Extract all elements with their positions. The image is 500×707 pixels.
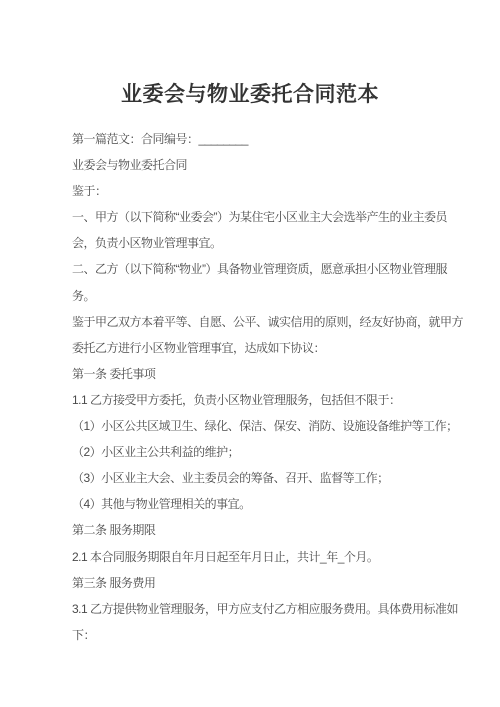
document-line-principles-2: 委托乙方进行小区物业管理事宜，达成如下协议： xyxy=(72,335,442,361)
document-line-party-a-2: 会，负责小区物业管理事宜。 xyxy=(72,230,442,256)
document-line-item-1: （1）小区公共区域卫生、绿化、保洁、保安、消防、设施设备维护等工作； xyxy=(72,413,442,439)
document-heading-article-1: 第一条 委托事项 xyxy=(72,361,442,387)
document-heading-article-2: 第二条 服务期限 xyxy=(72,517,442,543)
document-line-whereas: 鉴于： xyxy=(72,178,442,204)
document-line-party-b-2: 务。 xyxy=(72,283,442,309)
document-line-intro: 第一篇范文：合同编号：________ xyxy=(72,126,442,152)
document-line-clause-3-1a: 3.1 乙方提供物业管理服务，甲方应支付乙方相应服务费用。具体费用标准如 xyxy=(72,596,442,622)
contract-document-page: 业委会与物业委托合同范本 第一篇范文：合同编号：________ 业委会与物业委… xyxy=(0,0,500,707)
document-line-party-b-1: 二、乙方（以下简称“物业”）具备物业管理资质，愿意承担小区物业管理服 xyxy=(72,256,442,282)
document-line-item-4: （4）其他与物业管理相关的事宜。 xyxy=(72,491,442,517)
document-line-item-2: （2）小区业主公共利益的维护； xyxy=(72,439,442,465)
document-line-clause-3-1b: 下： xyxy=(72,622,442,648)
document-line-subtitle: 业委会与物业委托合同 xyxy=(72,152,442,178)
document-line-clause-2-1: 2.1 本合同服务期限自年月日起至年月日止，共计_年_个月。 xyxy=(72,544,442,570)
document-title: 业委会与物业委托合同范本 xyxy=(0,78,500,108)
document-heading-article-3: 第三条 服务费用 xyxy=(72,570,442,596)
document-line-principles-1: 鉴于甲乙双方本着平等、自愿、公平、诚实信用的原则，经友好协商，就甲方 xyxy=(72,309,442,335)
document-line-item-3: （3）小区业主大会、业主委员会的筹备、召开、监督等工作； xyxy=(72,465,442,491)
document-body: 第一篇范文：合同编号：________ 业委会与物业委托合同 鉴于： 一、甲方（… xyxy=(72,126,442,648)
document-line-party-a-1: 一、甲方（以下简称“业委会”）为某住宅小区业主大会选举产生的业主委员 xyxy=(72,204,442,230)
document-line-clause-1-1: 1.1 乙方接受甲方委托，负责小区物业管理服务，包括但不限于： xyxy=(72,387,442,413)
